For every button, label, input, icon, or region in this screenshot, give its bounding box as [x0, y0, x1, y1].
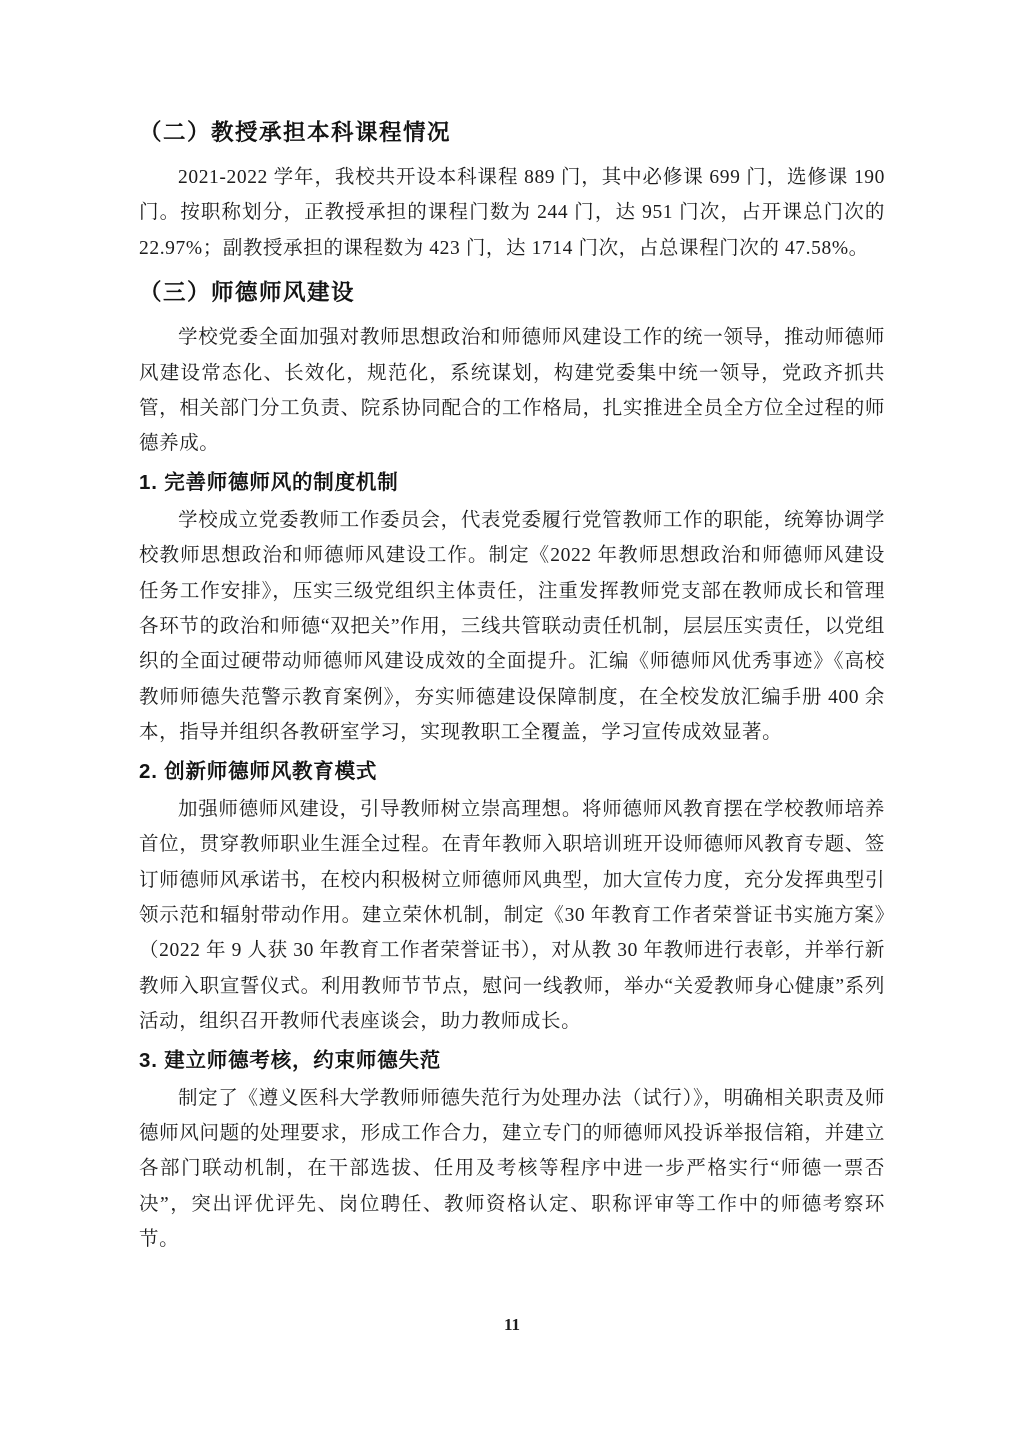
subsection-title: 2. 创新师德师风教育模式	[139, 754, 885, 789]
section-courses: （二）教授承担本科课程情况 2021-2022 学年，我校共开设本科课程 889…	[139, 114, 885, 266]
subsection-paragraph: 学校成立党委教师工作委员会，代表党委履行党管教师工作的职能，统筹协调学校教师思想…	[139, 503, 885, 751]
section-courses-paragraph: 2021-2022 学年，我校共开设本科课程 889 门，其中必修课 699 门…	[139, 160, 885, 266]
section-teacher-ethics: （三）师德师风建设 学校党委全面加强对教师思想政治和师德师风建设工作的统一领导，…	[139, 274, 885, 1257]
subsection-title: 1. 完善师德师风的制度机制	[139, 465, 885, 500]
subsection-ethics-assessment: 3. 建立师德考核，约束师德失范 制定了《遵义医科大学教师师德失范行为处理办法（…	[139, 1043, 885, 1258]
document-page: （二）教授承担本科课程情况 2021-2022 学年，我校共开设本科课程 889…	[0, 0, 1024, 1448]
subsection-paragraph: 加强师德师风建设，引导教师树立崇高理想。将师德师风教育摆在学校教师培养首位，贯穿…	[139, 792, 885, 1040]
subsection-institutional-mechanism: 1. 完善师德师风的制度机制 学校成立党委教师工作委员会，代表党委履行党管教师工…	[139, 465, 885, 751]
page-number: 11	[0, 1315, 1024, 1335]
section-teacher-ethics-intro-paragraph: 学校党委全面加强对教师思想政治和师德师风建设工作的统一领导，推动师德师风建设常态…	[139, 320, 885, 462]
section-courses-heading: （二）教授承担本科课程情况	[139, 114, 885, 152]
section-teacher-ethics-heading: （三）师德师风建设	[139, 274, 885, 312]
subsection-title: 3. 建立师德考核，约束师德失范	[139, 1043, 885, 1078]
subsection-education-model: 2. 创新师德师风教育模式 加强师德师风建设，引导教师树立崇高理想。将师德师风教…	[139, 754, 885, 1040]
subsection-paragraph: 制定了《遵义医科大学教师师德失范行为处理办法（试行）》，明确相关职责及师德师风问…	[139, 1081, 885, 1258]
